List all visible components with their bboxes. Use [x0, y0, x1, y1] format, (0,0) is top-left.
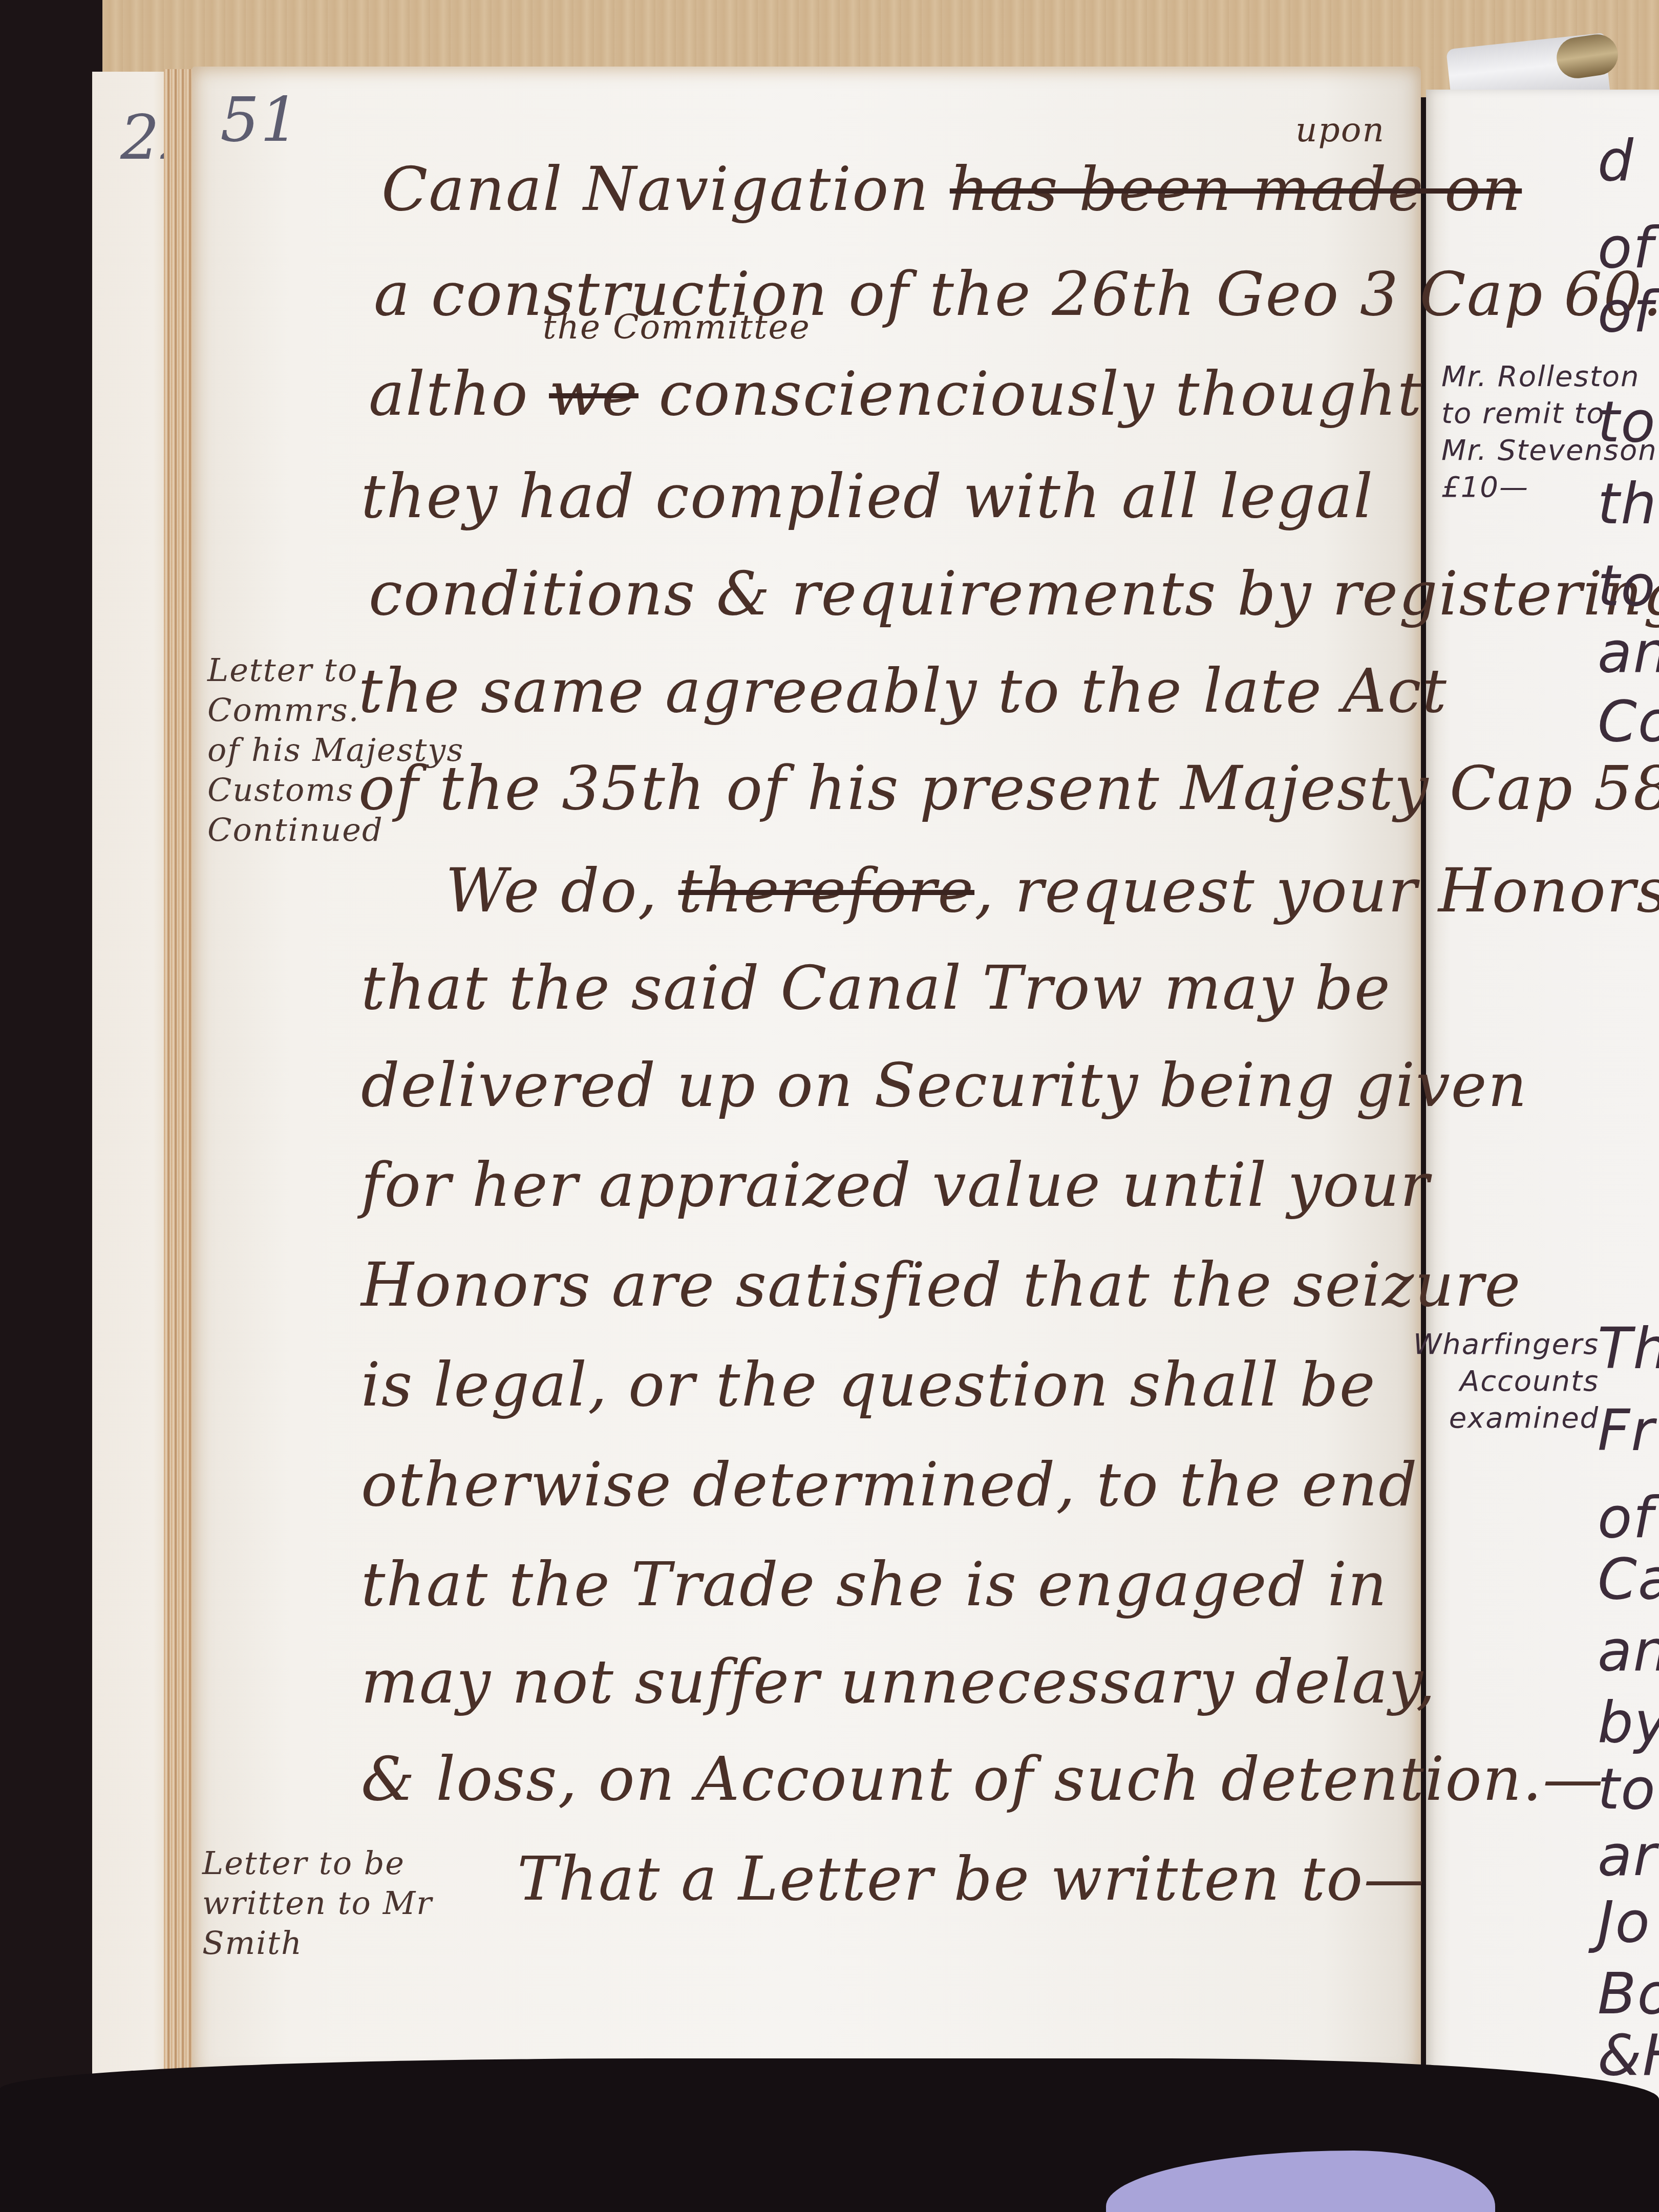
interlinear-insertion: the Committee	[543, 307, 811, 347]
interlinear-insertion: upon	[1295, 110, 1385, 150]
right-page-fragment: to	[1598, 1756, 1656, 1822]
right-margin-note-wharfingers: Wharfingers Accounts examined	[1413, 1326, 1599, 1437]
text-line-14: otherwise determined, to the end	[361, 1449, 1418, 1520]
line-text: altho	[369, 358, 529, 429]
text-line-13: is legal, or the question shall be	[361, 1349, 1376, 1420]
right-page-fragment: by	[1598, 1690, 1659, 1755]
struck-text: has been made on	[950, 154, 1522, 224]
text-line-15: that the Trade she is engaged in	[361, 1549, 1388, 1620]
text-line-9: that the said Canal Trow may be	[361, 952, 1391, 1023]
text-line-11: for her appraized value until your	[361, 1150, 1430, 1220]
text-line-18: That a Letter be written to—	[517, 1843, 1425, 1914]
line-text: We do,	[445, 855, 658, 926]
line-text: conscienciously thought	[658, 358, 1422, 429]
page-edges	[164, 69, 195, 2084]
text-line-3: altho we conscienciously thought	[369, 358, 1423, 429]
text-line-4: they had complied with all legal	[361, 461, 1374, 531]
text-line-16: may not suffer unnecessary delay,	[361, 1646, 1436, 1717]
text-line-5: conditions & requirements by registering	[369, 558, 1659, 629]
text-line-8: We do, therefore, request your Honors	[445, 855, 1659, 926]
right-page-fragment: Fr	[1598, 1398, 1655, 1463]
right-page-fragment: of	[1598, 279, 1654, 345]
right-page-fragment: Bo	[1598, 1961, 1659, 2027]
folio-number: 51	[220, 84, 301, 156]
text-line-10: delivered up on Security being given	[361, 1050, 1528, 1120]
margin-note-letter-to-smith: Letter to be written to Mr Smith	[202, 1843, 433, 1963]
right-page-fragment: Co	[1598, 689, 1659, 754]
struck-text: therefore	[678, 855, 974, 926]
struck-text: we	[549, 358, 639, 429]
right-page-fragment: of	[1598, 215, 1654, 281]
right-page-fragment: th	[1598, 471, 1657, 537]
margin-note-letter-to-commissioners: Letter to Commrs. of his Majestys Custom…	[207, 650, 464, 850]
line-text: , request your Honors	[974, 855, 1659, 926]
right-page-fragment: to	[1598, 389, 1656, 455]
right-page-fragment: of	[1598, 1485, 1654, 1550]
text-line-17: & loss, on Account of such detention.—	[361, 1743, 1604, 1814]
right-page-fragment: are	[1598, 1823, 1659, 1888]
text-line-1: Canal Navigation has been made on	[381, 154, 1522, 224]
black-cloth-left	[0, 0, 102, 2212]
right-page-fragment: Jo	[1598, 1889, 1651, 1955]
right-page-fragment: The	[1598, 1316, 1659, 1381]
right-page-fragment: Ca	[1598, 1546, 1659, 1612]
right-page-fragment: &Ho	[1598, 2023, 1659, 2088]
right-page-fragment: an	[1598, 620, 1659, 685]
right-page-fragment: an	[1598, 1618, 1659, 1684]
right-page-fragment: d	[1598, 128, 1634, 194]
text-line-6: the same agreeably to the late Act	[358, 655, 1448, 726]
line-text: Canal Navigation	[381, 154, 929, 224]
text-line-7: of the 35th of his present Majesty Cap 5…	[358, 753, 1659, 823]
text-line-12: Honors are satisfied that the seizure	[361, 1249, 1521, 1320]
right-page-fragment: to	[1598, 553, 1656, 619]
